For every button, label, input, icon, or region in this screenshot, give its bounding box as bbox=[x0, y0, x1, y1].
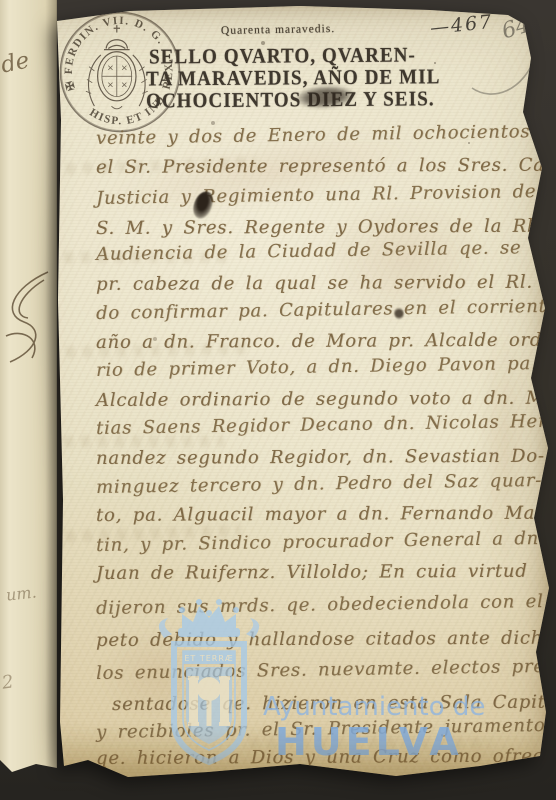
manuscript-line: Alcalde ordinario de segundo voto a dn. … bbox=[96, 388, 556, 411]
manuscript-line: año a dn. Franco. de Mora pr. Alcalde or… bbox=[96, 329, 556, 353]
manuscript-line: el Sr. Presidente representó a los Sres.… bbox=[96, 154, 556, 178]
watermark-text-line2: HUELVA bbox=[275, 720, 463, 764]
manuscript-line: tin, y pr. Sindico procurador General a … bbox=[96, 528, 546, 556]
manuscript-line: S. M. y Sres. Regente y Oydores de la Rl… bbox=[96, 216, 540, 239]
main-page-wrap: ✠ FERDIN. VII. D. G. HISP. ET IND. REX. bbox=[0, 0, 556, 800]
manuscript-line: rio de primer Voto, a dn. Diego Pavon pa… bbox=[96, 353, 538, 381]
manuscript-line: Juan de Ruifernz. Villoldo; En cuia virt… bbox=[96, 561, 528, 584]
manuscript-line: tias Saens Regidor Decano dn. Nicolas He… bbox=[96, 411, 555, 439]
manuscript-line: to, pa. Alguacil mayor a dn. Fernando Ma… bbox=[96, 503, 552, 526]
ink-specks bbox=[0, 0, 2, 2]
document-photo: de um. 2 bbox=[0, 0, 556, 800]
manuscript-line: minguez tercero y dn. Pedro del Saz quar… bbox=[96, 470, 542, 498]
manuscript-body: veinte y dos de Enero de mil ochocientos… bbox=[0, 0, 556, 800]
document-page: ✠ FERDIN. VII. D. G. HISP. ET IND. REX. bbox=[0, 0, 556, 800]
manuscript-line: Justicia y Regimiento una Rl. Provision … bbox=[96, 181, 537, 209]
manuscript-line: nandez segundo Regidor, dn. Sevastian Do… bbox=[96, 446, 545, 469]
manuscript-line: Audiencia de la Ciudad de Sevilla qe. se… bbox=[96, 236, 556, 265]
huelva-crest-icon: ET TERRÆ bbox=[146, 594, 272, 800]
manuscript-line: do confirmar pa. Capitulares en el corri… bbox=[96, 296, 556, 324]
crest-motto: ET TERRÆ bbox=[184, 654, 233, 663]
manuscript-line: pr. cabeza de la qual se ha servido el R… bbox=[96, 271, 556, 295]
manuscript-line: veinte y dos de Enero de mil ochocientos… bbox=[96, 119, 556, 149]
watermark-text-line1: Ayuntamiento de bbox=[263, 692, 485, 722]
